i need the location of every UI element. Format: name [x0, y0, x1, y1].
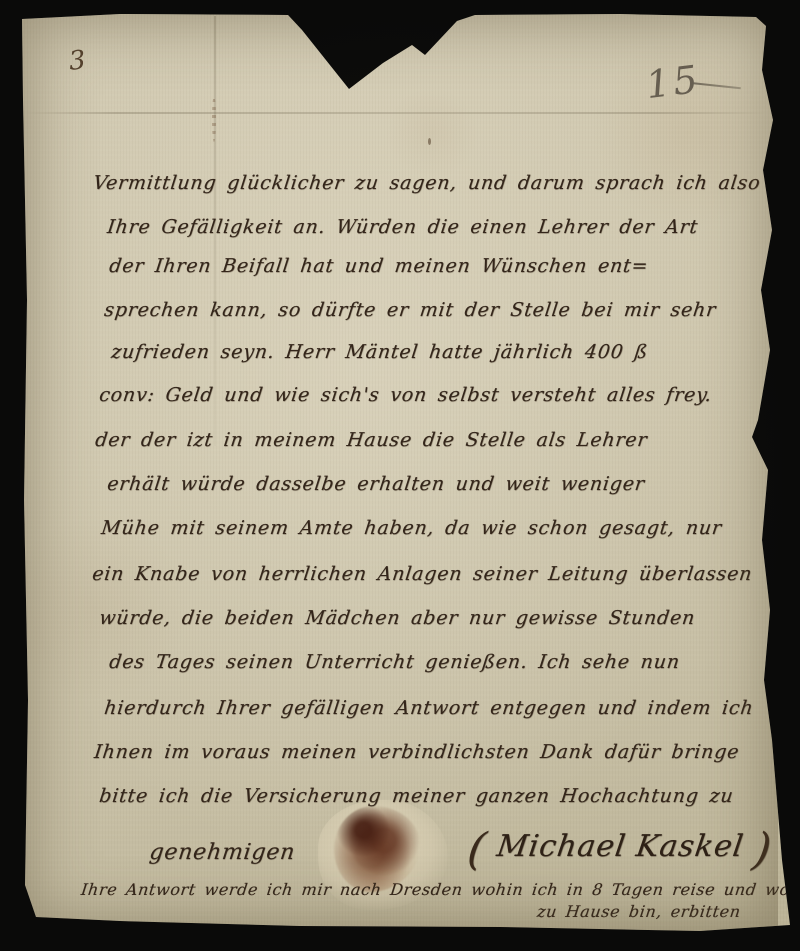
- letter-body: Vermittlung glücklicher zu sagen, und da…: [0, 0, 800, 951]
- handwriting-line: Mühe mit seinem Amte haben, da wie schon…: [100, 517, 723, 539]
- handwriting-line: ein Knabe von herrlichen Anlagen seiner …: [91, 563, 754, 585]
- handwriting-line: conv: Geld und wie sich's von selbst ver…: [98, 384, 713, 406]
- handwriting-line: würde, die beiden Mädchen aber nur gewis…: [98, 607, 697, 629]
- handwriting-line: zufrieden seyn. Herr Mäntel hatte jährli…: [110, 341, 649, 363]
- handwriting-line: Ihre Gefälligkeit an. Würden die einen L…: [106, 216, 699, 238]
- postscript-line: zu Hause bin, erbitten: [536, 902, 742, 921]
- signature-name: Michael Kaskel: [495, 829, 746, 864]
- handwriting-line: des Tages seinen Unterricht genießen. Ic…: [108, 651, 681, 673]
- handwriting-line: bitte ich die Versicherung meiner ganzen…: [98, 785, 735, 807]
- handwriting-line-closing: genehmigen: [148, 840, 297, 865]
- handwriting-line: Ihnen im voraus meinen verbindlichsten D…: [93, 741, 741, 763]
- scan-background: 3 15 Vermittlung glücklicher zu sagen, u…: [0, 0, 800, 951]
- signature: ( Michael Kaskel ): [464, 824, 775, 875]
- handwriting-line: sprechen kann, so dürfte er mit der Stel…: [103, 299, 717, 321]
- handwriting-line: Vermittlung glücklicher zu sagen, und da…: [92, 172, 762, 194]
- handwriting-line: erhält würde dasselbe erhalten und weit …: [106, 473, 646, 495]
- letter-paper: 3 15 Vermittlung glücklicher zu sagen, u…: [0, 0, 800, 951]
- postscript-line: Ihre Antwort werde ich mir nach Dresden …: [80, 880, 800, 899]
- handwriting-line: der Ihren Beifall hat und meinen Wünsche…: [108, 255, 650, 277]
- handwriting-line: hierdurch Ihrer gefälligen Antwort entge…: [103, 697, 755, 719]
- handwriting-line: der der izt in meinem Hause die Stelle a…: [94, 429, 649, 451]
